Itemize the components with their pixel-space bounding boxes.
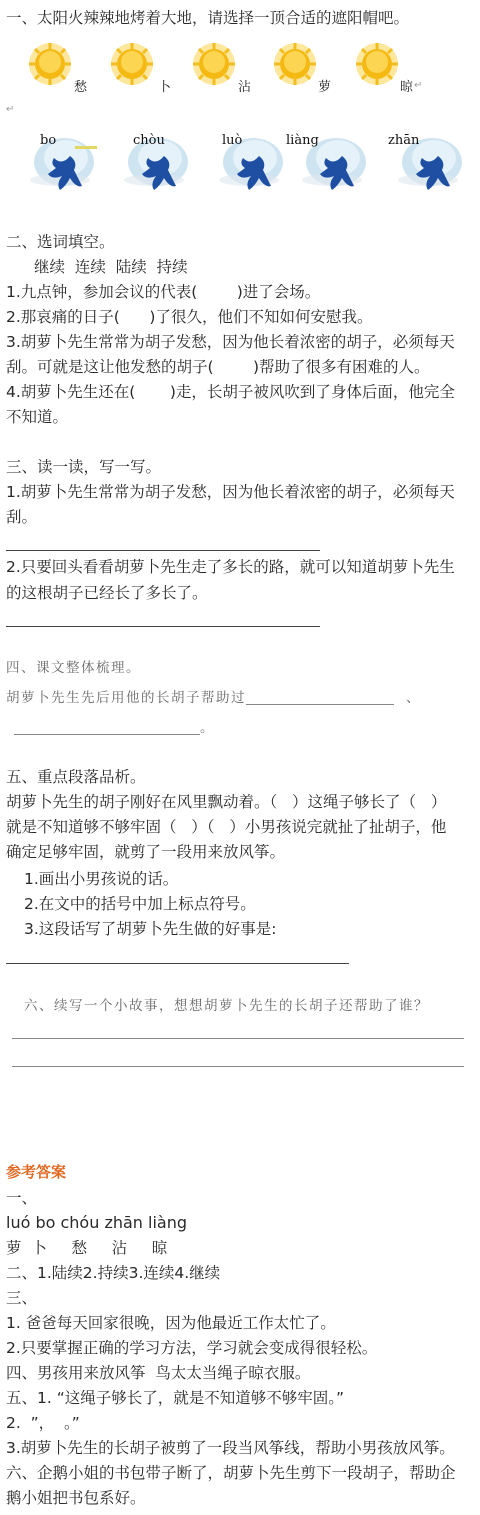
answer-blank-mark <box>75 146 97 149</box>
answer-line[interactable] <box>6 626 320 627</box>
sun-icon[interactable] <box>192 42 236 86</box>
answer-line[interactable] <box>6 550 320 551</box>
section4-prompt: 胡萝卜先生先后用他的长胡子帮助过 <box>6 688 246 708</box>
question-1: 1.九点钟，参加会议的代表( )进了会场。 <box>6 282 320 302</box>
answer-5-2: 2. ”， 。” <box>6 1413 80 1433</box>
pinyin-label: chòu <box>133 133 165 148</box>
answer-line[interactable] <box>6 963 349 964</box>
question-3: 3.胡萝卜先生常常为胡子发愁，因为他长着浓密的胡子，必须每天 <box>6 332 455 352</box>
pinyin-label: bo <box>40 133 56 148</box>
pinyin-label: liàng <box>286 133 319 148</box>
section3-title: 三、读一读，写一写。 <box>6 457 161 477</box>
return-mark: ↵ <box>414 80 422 91</box>
sun-icon[interactable] <box>273 42 317 86</box>
paragraph-line: 就是不知道够不够牢固（ ）（ ）小男孩说完就扯了扯胡子，他 <box>6 817 446 837</box>
sentence-2-cont: 的这根胡子已经长了多长了。 <box>6 583 208 603</box>
section5-title: 五、重点段落品析。 <box>6 767 146 787</box>
sentence-1: 1.胡萝卜先生常常为胡子发愁，因为他长着浓密的胡子，必须每天 <box>6 482 455 502</box>
sun-label: 愁 <box>74 76 87 95</box>
answer-5-3: 3.胡萝卜先生的长胡子被剪了一段当风筝线，帮助小男孩放风筝。 <box>6 1438 455 1458</box>
section4-title: 四、课文整体梳理。 <box>6 658 141 678</box>
pinyin-label: zhān <box>388 133 419 148</box>
answer-4: 四、男孩用来放风筝 鸟太太当绳子晾衣服。 <box>6 1363 310 1383</box>
answer-1-chars: 萝 卜 愁 沾 晾 <box>6 1238 167 1258</box>
answer-3-1: 1. 爸爸每天回家很晚，因为他最近工作太忙了。 <box>6 1313 336 1333</box>
sun-icon[interactable] <box>28 42 72 86</box>
period: 。 <box>200 718 215 738</box>
sun-label: 晾 <box>400 76 413 95</box>
pinyin-label: luò <box>222 133 242 148</box>
section6-title: 六、续写一个小故事，想想胡萝卜先生的长胡子还帮助了谁？ <box>24 996 429 1016</box>
section2-title: 二、选词填空。 <box>6 232 115 252</box>
sun-hat-icon[interactable] <box>26 134 96 192</box>
sun-icon[interactable] <box>110 42 154 86</box>
answer-3-label: 三、 <box>6 1288 37 1308</box>
answer-3-2: 2.只要掌握正确的学习方法，学习就会变成得很轻松。 <box>6 1338 377 1358</box>
answer-line[interactable] <box>12 1066 464 1067</box>
task-1: 1.画出小男孩说的话。 <box>24 869 178 889</box>
sentence-2: 2.只要回头看看胡萝卜先生走了多长的路，就可以知道胡萝卜先生 <box>6 557 455 577</box>
answer-2: 二、1.陆续2.持续3.连续4.继续 <box>6 1263 220 1283</box>
task-3: 3.这段话写了胡萝卜先生做的好事是: <box>24 919 277 939</box>
question-4: 4.胡萝卜先生还在( )走，长胡子被风吹到了身体后面，他完全 <box>6 382 455 402</box>
sun-icon[interactable] <box>355 42 399 86</box>
question-3-cont: 刮。可就是这让他发愁的胡子( )帮助了很多有困难的人。 <box>6 357 430 377</box>
word-bank: 继续 连续 陆续 持续 <box>34 257 188 277</box>
question-4-cont: 不知道。 <box>6 407 68 427</box>
answer-6: 六、企鹅小姐的书包带子断了，胡萝卜先生剪下一段胡子，帮助企 <box>6 1463 456 1483</box>
question-2: 2.那哀痛的日子( )了很久，他们不知如何安慰我。 <box>6 307 372 327</box>
sun-label: 卜 <box>158 76 171 95</box>
paragraph-line: 胡萝卜先生的胡子刚好在风里飘动着。（ ）这绳子够长了（ ） <box>6 792 446 812</box>
section1-title: 一、太阳火辣辣地烤着大地，请选择一顶合适的遮阳帽吧。 <box>6 8 409 28</box>
separator: 、 <box>406 688 421 708</box>
answer-line[interactable] <box>14 734 200 735</box>
answer-line[interactable] <box>12 1038 464 1039</box>
answer-1-label: 一、 <box>6 1188 37 1208</box>
sun-label: 萝 <box>318 76 331 95</box>
answer-line[interactable] <box>246 704 394 705</box>
return-mark: ↵ <box>6 104 14 115</box>
answers-title: 参考答案 <box>6 1162 66 1182</box>
paragraph-line: 确定足够牢固，就剪了一段用来放风筝。 <box>6 842 285 862</box>
answer-6-cont: 鹅小姐把书包系好。 <box>6 1488 146 1508</box>
answer-1-pinyin: luó bo chóu zhān liàng <box>6 1213 187 1233</box>
answer-5-1: 五、1. “这绳子够长了，就是不知道够不够牢固。” <box>6 1388 344 1408</box>
sun-label: 沾 <box>238 76 251 95</box>
task-2: 2.在文中的括号中加上标点符号。 <box>24 894 256 914</box>
sentence-1-cont: 刮。 <box>6 507 37 527</box>
